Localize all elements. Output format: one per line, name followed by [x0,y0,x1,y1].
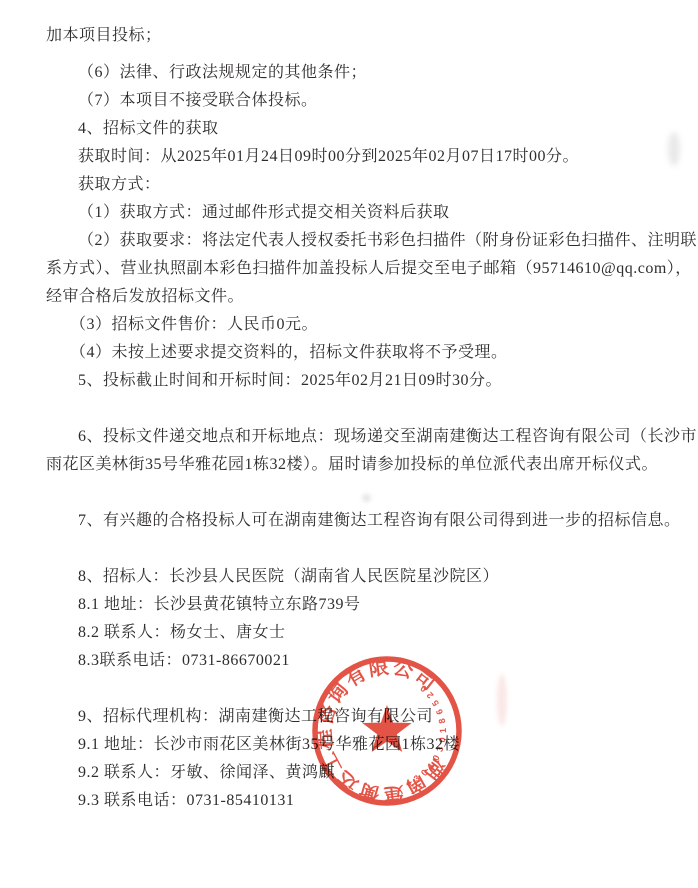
text-line: 5、投标截止时间和开标时间：2025年02月21日09时30分。 [46,367,686,395]
scanned-document-page: 加本项目投标；（6）法律、行政法规规定的其他条件；（7）本项目不接受联合体投标。… [0,0,698,888]
text-line: 系方式）、营业执照副本彩色扫描件加盖投标人后提交至电子邮箱（95714610@q… [46,255,686,283]
text-line: 8.2 联系人：杨女士、唐女士 [46,619,686,647]
blank-line [46,50,686,59]
blank-line [46,675,686,703]
text-line: （2）获取要求：将法定代表人授权委托书彩色扫描件（附身份证彩色扫描件、注明联 [46,227,686,255]
text-line: 4、招标文件的获取 [46,115,686,143]
text-line: （7）本项目不接受联合体投标。 [46,87,686,115]
text-line: 经审合格后发放招标文件。 [46,283,686,311]
document-body: 加本项目投标；（6）法律、行政法规规定的其他条件；（7）本项目不接受联合体投标。… [0,0,698,815]
text-line: 9.2 联系人：牙敏、徐闻泽、黄鸿麒 [46,759,686,787]
text-line: （6）法律、行政法规规定的其他条件； [46,59,686,87]
text-line: 8.3联系电话：0731-86670021 [46,647,686,675]
blank-line [46,479,686,507]
text-line: （4）未按上述要求提交资料的，招标文件获取将不予受理。 [46,339,686,367]
text-line: 9、招标代理机构：湖南建衡达工程咨询有限公司 [46,703,686,731]
text-line: 雨花区美林街35号华雅花园1栋32楼）。届时请参加投标的单位派代表出席开标仪式。 [46,451,686,479]
blank-line [46,535,686,563]
text-line: 9.3 联系电话：0731-85410131 [46,787,686,815]
text-line: 8.1 地址：长沙县黄花镇特立东路739号 [46,591,686,619]
text-line: 7、有兴趣的合格投标人可在湖南建衡达工程咨询有限公司得到进一步的招标信息。 [46,507,686,535]
text-line: 获取时间：从2025年01月24日09时00分到2025年02月07日17时00… [46,143,686,171]
blank-line [46,395,686,423]
text-line: （1）获取方式：通过邮件形式提交相关资料后获取 [46,199,686,227]
text-line: 6、投标文件递交地点和开标地点：现场递交至湖南建衡达工程咨询有限公司（长沙市 [46,423,686,451]
text-line: 获取方式： [46,171,686,199]
text-line: 9.1 地址：长沙市雨花区美林街35号华雅花园1栋32楼 [46,731,686,759]
text-line: （3）招标文件售价：人民币0元。 [46,311,686,339]
text-line: 8、招标人：长沙县人民医院（湖南省人民医院星沙院区） [46,563,686,591]
text-line: 加本项目投标； [46,22,686,50]
